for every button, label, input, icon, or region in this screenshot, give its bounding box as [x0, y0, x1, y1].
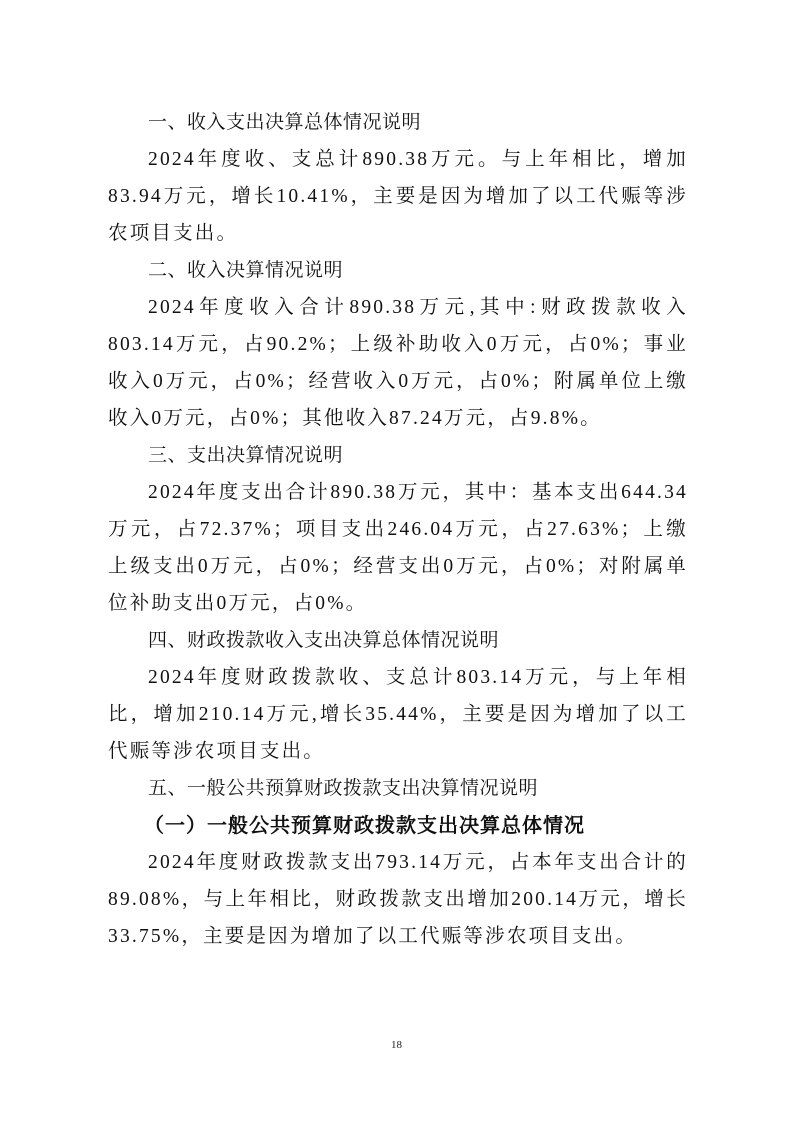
section-heading-5: 五、一般公共预算财政拨款支出决算情况说明	[108, 770, 688, 807]
section-subheading-5-1: （一）一般公共预算财政拨款支出决算总体情况	[108, 807, 688, 844]
section-paragraph-4: 2024年度财政拨款收、支总计803.14万元，与上年相比，增加210.14万元…	[108, 659, 688, 770]
section-heading-2: 二、收入决算情况说明	[108, 252, 688, 289]
section-paragraph-3: 2024年度支出合计890.38万元，其中：基本支出644.34万元，占72.3…	[108, 474, 688, 622]
section-heading-1: 一、收入支出决算总体情况说明	[108, 104, 688, 141]
section-paragraph-1: 2024年度收、支总计890.38万元。与上年相比，增加83.94万元，增长10…	[108, 141, 688, 252]
section-heading-3: 三、支出决算情况说明	[108, 437, 688, 474]
page-number: 18	[0, 1039, 793, 1051]
section-paragraph-2: 2024年度收入合计890.38万元,其中:财政拨款收入803.14万元，占90…	[108, 289, 688, 437]
section-paragraph-5: 2024年度财政拨款支出793.14万元，占本年支出合计的89.08%，与上年相…	[108, 844, 688, 955]
section-heading-4: 四、财政拨款收入支出决算总体情况说明	[108, 622, 688, 659]
document-page: 一、收入支出决算总体情况说明 2024年度收、支总计890.38万元。与上年相比…	[108, 104, 688, 955]
